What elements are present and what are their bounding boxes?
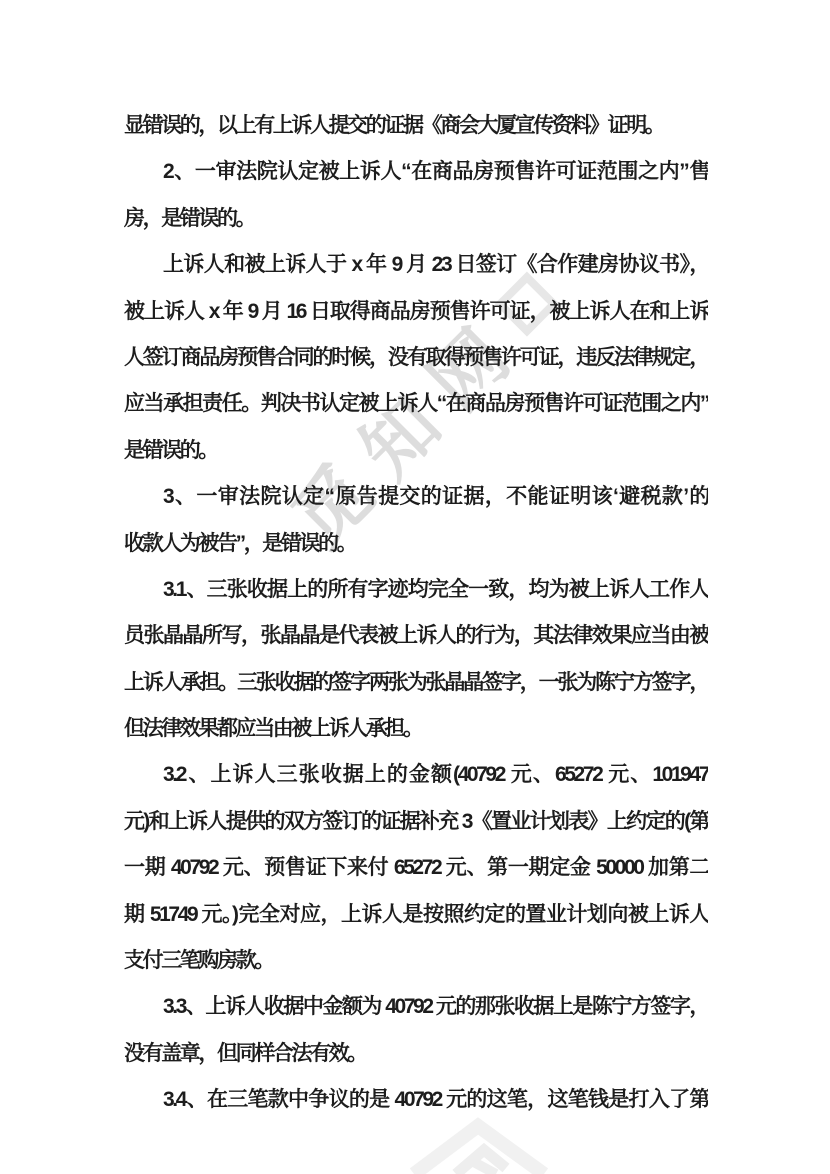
text-line: 是错误的。 <box>124 428 708 474</box>
text-line: 显错误的，以上有上诉人提交的证据《商会大厦宣传资料》证明。 <box>124 103 708 149</box>
text-line: 3.4、在三笔款中争议的是 40792 元的这笔，这笔钱是打入了第 <box>124 1077 708 1123</box>
text-line: 元)和上诉人提供的双方签订的证据补充 3《置业计划表》上约定的(第 <box>124 799 708 845</box>
text-line: 3.2、上诉人三张收据上的金额(40792 元、65272 元、101947 <box>124 752 708 798</box>
text-line: 收款人为被告”，是错误的。 <box>124 521 708 567</box>
text-line: 上诉人和被上诉人于 x 年 9 月 23 日签订《合作建房协议书》， <box>124 242 708 288</box>
document-text-block: 显错误的，以上有上诉人提交的证据《商会大厦宣传资料》证明。2、一审法院认定被上诉… <box>124 103 708 1124</box>
text-line: 上诉人承担。三张收据的签字两张为张晶晶签字，一张为陈宁方签字， <box>124 660 708 706</box>
diamond-logo-icon <box>400 1116 560 1174</box>
text-line: 员张晶晶所写，张晶晶是代表被上诉人的行为，其法律效果应当由被 <box>124 613 708 659</box>
text-line: 2、一审法院认定被上诉人“在商品房预售许可证范围之内”售 <box>124 149 708 195</box>
text-line: 期 51749 元。)完全对应，上诉人是按照约定的置业计划向被上诉人 <box>124 892 708 938</box>
text-line: 房，是错误的。 <box>124 196 708 242</box>
text-line: 没有盖章，但同样合法有效。 <box>124 1031 708 1077</box>
bottom-watermark-logo <box>400 1116 560 1174</box>
text-line: 但法律效果都应当由被上诉人承担。 <box>124 706 708 752</box>
text-line: 3.3、上诉人收据中金额为 40792 元的那张收据上是陈宁方签字， <box>124 984 708 1030</box>
text-line: 支付三笔购房款。 <box>124 938 708 984</box>
text-line: 3.1、三张收据上的所有字迹均完全一致，均为被上诉人工作人 <box>124 567 708 613</box>
text-line: 3、一审法院认定“原告提交的证据，不能证明该‘避税款’的 <box>124 474 708 520</box>
text-line: 人签订商品房预售合同的时候，没有取得预售许可证，违反法律规定， <box>124 335 708 381</box>
text-line: 一期 40792 元、预售证下来付 65272 元、第一期定金 50000 加第… <box>124 845 708 891</box>
document-page: 觅知网 显错误的，以上有上诉人提交的证据《商会大厦宣传资料》证明。2、一审法院认… <box>0 0 830 1174</box>
text-line: 应当承担责任。判决书认定被上诉人“在商品房预售许可证范围之内” <box>124 381 708 427</box>
text-line: 被上诉人 x 年 9 月 16 日取得商品房预售许可证，被上诉人在和上诉 <box>124 289 708 335</box>
